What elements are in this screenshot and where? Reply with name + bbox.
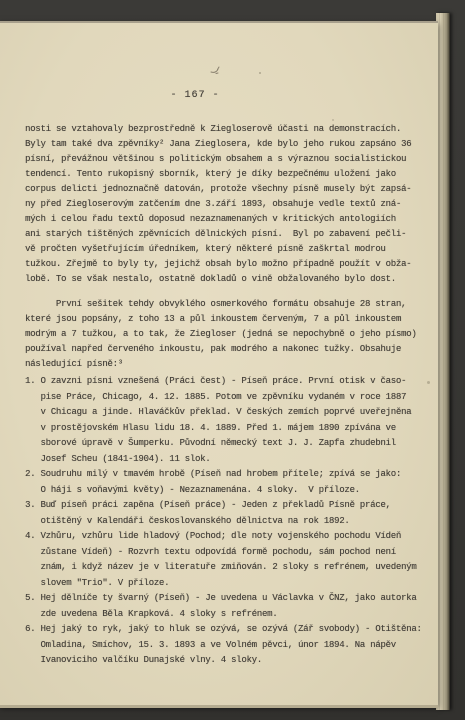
song-list: 1. O zavzni písni vznešená (Práci čest) … <box>25 374 440 669</box>
text-line: následující písně:³ <box>25 357 440 372</box>
text-line: vě pročten vyšetřujícím úředníkem, který… <box>25 242 440 257</box>
song-list-item: 5. Hej dělníče ty švarný (Píseň) - Je uv… <box>25 591 440 622</box>
text-line: nosti se vztahovaly bezprostředně k Zieg… <box>25 122 440 137</box>
page-number: - 167 - <box>25 90 365 101</box>
paragraph-2: První sešitek tehdy obvyklého osmerkovéh… <box>25 297 440 372</box>
text-line: které jsou popsány, z toho 13 a půl inko… <box>25 312 440 327</box>
paper-speck <box>332 119 334 121</box>
text-line: otištěný v Kalendáři českoslovanského dě… <box>25 514 440 530</box>
text-line: 4. Vzhůru, vzhůru lide hladový (Pochod; … <box>25 529 440 545</box>
text-line: 3. Buď píseň práci zapěna (Píseň práce) … <box>25 498 440 514</box>
song-list-item: 6. Hej jaký to ryk, jaký to hluk se ozýv… <box>25 622 440 669</box>
text-line: tužkou. Zřejmě to byly ty, jejichž obsah… <box>25 257 440 272</box>
text-line: v Chicagu a jinde. Hlaváčkův překlad. V … <box>25 405 440 421</box>
text-line: písní, převážnou většinou s politickým o… <box>25 152 440 167</box>
text-line: 5. Hej dělníče ty švarný (Píseň) - Je uv… <box>25 591 440 607</box>
text-line: tendencí. Tento rukopisný sborník, který… <box>25 167 440 182</box>
text-line: 6. Hej jaký to ryk, jaký to hluk se ozýv… <box>25 622 440 638</box>
text-line: používal napřed červeného inkoustu, pak … <box>25 342 440 357</box>
text-line: 2. Soudruhu milý v tmavém hrobě (Píseň n… <box>25 467 440 483</box>
text-line: corpus delicti jednoznačně datován, prot… <box>25 182 440 197</box>
text-line: Omladina, Smíchov, 15. 3. 1893 a ve Voln… <box>25 638 440 654</box>
text-line: O háji s voňavými květy) - Nezaznamenána… <box>25 483 440 499</box>
scanned-book-photo: - 167 - nosti se vztahovaly bezprostředn… <box>0 0 465 720</box>
text-line: Ivanoviciho valčíku Dunajské vlny. 4 slo… <box>25 653 440 669</box>
text-line: zůstane Vídeň) - Rozvrh textu odpovídá f… <box>25 545 440 561</box>
ink-smudge <box>209 62 225 73</box>
song-list-item: 3. Buď píseň práci zapěna (Píseň práce) … <box>25 498 440 529</box>
text-line: lobě. To se však nestalo, ostatně doklad… <box>25 272 440 287</box>
paragraph-1: nosti se vztahovaly bezprostředně k Zieg… <box>25 122 440 287</box>
text-line: v prostějovském Hlasu lidu 18. 4. 1889. … <box>25 421 440 437</box>
text-line: mých i celou řadu textů doposud nezaznam… <box>25 212 440 227</box>
text-line: znám, i když název je v literatuře zmiňo… <box>25 560 440 576</box>
text-line: sborové úpravě v Šumperku. Původní němec… <box>25 436 440 452</box>
text-line: První sešitek tehdy obvyklého osmerkovéh… <box>25 297 440 312</box>
text-line: slovem "Trio". V příloze. <box>25 576 440 592</box>
text-line: pise Práce, Chicago, 4. 12. 1885. Potom … <box>25 390 440 406</box>
paper-speck <box>259 72 261 74</box>
song-list-item: 2. Soudruhu milý v tmavém hrobě (Píseň n… <box>25 467 440 498</box>
text-line: zde uvedena Běla Krapková. 4 sloky s ref… <box>25 607 440 623</box>
text-line: modrým a 7 tužkou, a to tak, že Zieglose… <box>25 327 440 342</box>
text-line: ani starých tištěných zpěvnících dělnick… <box>25 227 440 242</box>
text-line: ny před Ziegloserovým zatčením dne 3.zář… <box>25 197 440 212</box>
song-list-item: 4. Vzhůru, vzhůru lide hladový (Pochod; … <box>25 529 440 591</box>
text-line: Josef Scheu (1841-1904). 11 slok. <box>25 452 440 468</box>
text-line: Byly tam také dva zpěvníky² Jana Zieglos… <box>25 137 440 152</box>
text-line: 1. O zavzni písni vznešená (Práci čest) … <box>25 374 440 390</box>
document-page: - 167 - nosti se vztahovaly bezprostředn… <box>0 21 438 705</box>
song-list-item: 1. O zavzni písni vznešená (Práci čest) … <box>25 374 440 467</box>
